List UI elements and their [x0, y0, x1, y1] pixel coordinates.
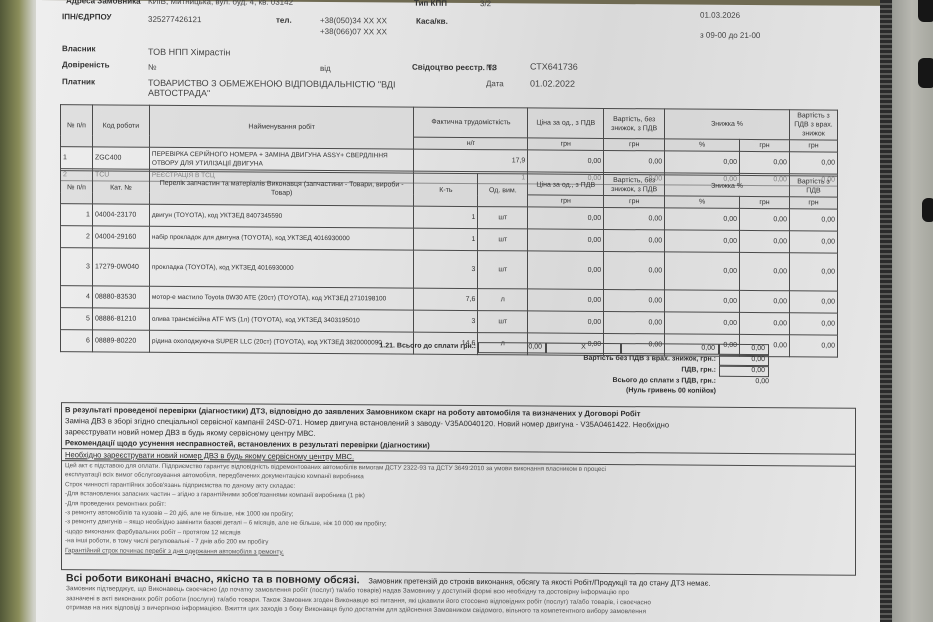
row-no: 3 — [61, 248, 93, 286]
col-cost: Вартість, без знижок, з ПДВ — [604, 108, 665, 138]
col-total-unit: грн — [789, 140, 837, 152]
row-cost: 0,00 — [604, 311, 665, 333]
row-unit: шт — [478, 207, 528, 229]
phone-1: +38(050)34 XX XX — [320, 16, 387, 26]
with-vat-value: 0,00 — [719, 378, 769, 385]
col-cost-unit: грн — [604, 138, 665, 150]
owner-label: Власник — [62, 44, 96, 54]
binder-edge — [880, 0, 933, 622]
row-qty: 3 — [414, 310, 478, 332]
row-code: 04004-29160 — [92, 226, 149, 248]
row-qty: 1 — [414, 228, 478, 250]
total-final: 0,00 — [719, 344, 769, 355]
row-code: 08886-81210 — [92, 308, 149, 330]
row-price: 0,00 — [528, 289, 604, 312]
col-total: Вартість з ПДВ — [789, 176, 837, 197]
row-discount-pct: 0,00 — [665, 208, 740, 231]
reg-date: 01.02.2022 — [530, 78, 575, 88]
phone-2: +38(066)07 XX XX — [320, 27, 387, 37]
parts-table: № п/п Кат. № Перелік запчастин та матері… — [60, 170, 838, 357]
row-discount-uah: 0,00 — [740, 252, 790, 290]
col-labor: Фактична трудомісткість — [414, 107, 528, 138]
row-name: мотор-е мастило Toyota 0W30 ATE (20ст) (… — [149, 286, 414, 310]
reg-cert-no: СТХ641736 — [530, 61, 578, 71]
binder-hole — [918, 58, 933, 88]
row-discount-pct: 0,00 — [665, 312, 740, 335]
col-price-unit: грн — [528, 195, 604, 208]
row-discount-pct: 0,00 — [665, 290, 740, 313]
row-labor: 17,9 — [414, 149, 528, 172]
row-price: 0,00 — [528, 150, 604, 173]
row-qty: 7,6 — [414, 288, 478, 310]
col-discount: Знижка % — [665, 109, 790, 140]
kasa-label: Каса/кв. — [416, 17, 448, 27]
col-code: Код роботи — [92, 105, 149, 147]
vat-label: ПДВ, грн.: — [516, 365, 716, 373]
col-discount: Знижка % — [665, 175, 790, 197]
col-qty: К-ть — [414, 173, 478, 206]
total-cost: 0,00 — [478, 342, 546, 353]
row-code: 08880-83530 — [92, 286, 149, 308]
row-cost: 0,00 — [604, 289, 665, 311]
row-unit: шт — [478, 311, 528, 333]
row-name: ПЕРЕВІРКА СЕРІЙНОГО НОМЕРА + ЗАМІНА ДВИГ… — [149, 147, 414, 171]
row-total: 0,00 — [789, 291, 837, 313]
amount-in-words: (Нуль гривень 00 копійок) — [466, 386, 716, 395]
payer-label: Платник — [62, 77, 95, 87]
row-cost: 0,00 — [604, 251, 665, 289]
binder-teeth — [880, 0, 892, 622]
row-total: 0,00 — [789, 209, 837, 231]
col-price: Ціна за од., з ПДВ — [528, 108, 604, 139]
total-label: 1.21. Всього до сплати грн.: — [336, 342, 476, 350]
power-of-attorney-from: від — [320, 64, 331, 74]
with-vat-label: Всього до сплати з ПДВ, грн.: — [466, 376, 716, 385]
row-no: 6 — [61, 330, 93, 352]
col-name: Перелік запчастин та матеріалів Виконавц… — [149, 171, 414, 206]
table-row: 317279-0W040прокладка (TOYOTA), код УКТЗ… — [61, 248, 838, 291]
row-price: 0,00 — [528, 207, 604, 230]
tax-id-value: 325277426121 — [148, 15, 201, 25]
row-cost: 0,00 — [604, 150, 665, 172]
power-of-attorney-label: Довіреність — [62, 60, 110, 70]
row-unit: шт — [478, 251, 528, 289]
row-discount-uah: 0,00 — [740, 230, 790, 252]
row-code: 08889-80220 — [92, 330, 149, 352]
row-discount-uah: 0,00 — [740, 208, 790, 230]
row-unit: л — [478, 289, 528, 311]
top-right-value: 3/2 — [480, 0, 491, 9]
footer: Всі роботи виконані вчасно, якісно та в … — [66, 572, 866, 618]
binder-hole — [922, 198, 933, 222]
col-name: Найменування робіт — [149, 105, 414, 149]
address-value: КИЇВ, Митницька, вул. буд. 4, кв. 03142 — [148, 0, 293, 8]
row-total: 0,00 — [789, 253, 837, 291]
top-right-label: Тип КПП — [414, 0, 447, 9]
diagnostics-notes: В результаті проведеної перевірки (діагн… — [61, 402, 856, 576]
row-name: двигун (TOYOTA), код УКТЗЕД 8407345590 — [149, 204, 414, 228]
reg-cert-label: Свідоцтво реєстр. ТЗ — [412, 63, 497, 74]
service-act-document: Адреса Замовника КИЇВ, Митницька, вул. б… — [36, 0, 886, 622]
date-value: 01.03.2026 — [700, 11, 740, 21]
col-discount-pct: % — [665, 196, 740, 209]
col-total: Вартість з ПДВ з врах. знижок — [789, 110, 837, 140]
no-vat-label: Вартість без ПДВ з врах. знижок, грн.: — [466, 354, 716, 363]
row-code: 17279-0W040 — [92, 248, 149, 286]
reg-date-label: Дата — [486, 79, 504, 89]
row-no: 2 — [61, 226, 93, 248]
power-of-attorney-no: № — [148, 63, 157, 73]
row-cost: 0,00 — [604, 207, 665, 229]
col-discount-uah: грн — [740, 139, 790, 151]
warranty-terms: Цей акт є підставою для оплати. Підприєм… — [65, 461, 852, 561]
row-no: 4 — [61, 286, 93, 308]
row-qty: 3 — [414, 250, 478, 288]
col-cost: Вартість, без знижок, з ПДВ — [604, 174, 665, 195]
row-price: 0,00 — [528, 311, 604, 334]
row-price: 0,00 — [528, 229, 604, 252]
row-discount-uah: 0,00 — [740, 151, 790, 173]
row-code: ZGC400 — [92, 147, 149, 169]
col-discount-uah: грн — [740, 196, 790, 208]
row-discount-pct: 0,00 — [665, 252, 740, 291]
col-discount-pct: % — [665, 139, 740, 152]
footer-body: Замовник підтверджує, що Виконавець своє… — [66, 584, 866, 618]
no-vat-value: 0,00 — [719, 355, 769, 366]
row-total: 0,00 — [789, 335, 837, 357]
col-total-unit: грн — [789, 197, 837, 209]
col-unit: Од. вим. — [478, 174, 528, 207]
row-discount-uah: 0,00 — [740, 312, 790, 334]
row-qty: 1 — [414, 206, 478, 228]
row-total: 0,00 — [789, 152, 837, 174]
row-no: 1 — [61, 204, 93, 226]
total-x: X — [546, 343, 621, 355]
row-discount-pct: 0,00 — [665, 151, 740, 174]
col-labor-unit: н/г — [414, 137, 528, 150]
vat-value: 0,00 — [719, 366, 769, 377]
row-unit: шт — [478, 229, 528, 251]
payer-value: ТОВАРИСТВО З ОБМЕЖЕНОЮ ВІДПОВІДАЛЬНІСТЮ … — [148, 78, 398, 100]
total-discount: 0,00 — [621, 343, 719, 355]
binder-hole — [918, 0, 933, 22]
col-no: № п/п — [61, 171, 93, 204]
phone-label: тел. — [276, 16, 292, 26]
row-total: 0,00 — [789, 231, 837, 253]
row-discount-pct: 0,00 — [665, 230, 740, 253]
owner-value: ТОВ НПП Хімрастін — [148, 47, 230, 58]
address-label: Адреса Замовника — [66, 0, 141, 7]
row-price: 0,00 — [528, 251, 604, 290]
row-total: 0,00 — [789, 313, 837, 335]
col-code: Кат. № — [92, 171, 149, 204]
row-no: 5 — [61, 308, 93, 330]
col-price-unit: грн — [528, 138, 604, 151]
col-cost-unit: грн — [604, 195, 665, 207]
tax-id-label: ІПН/ЄДРПОУ — [62, 12, 111, 22]
row-name: набір прокладок для двигуна (TOYOTA), ко… — [149, 226, 414, 250]
col-no: № п/п — [61, 105, 93, 147]
col-price: Ціна за од., з ПДВ — [528, 174, 604, 196]
row-name: прокладка (TOYOTA), код УКТЗЕД 401693000… — [149, 248, 414, 288]
reg-cert-no-label: № — [486, 63, 495, 73]
hours-value: з 09-00 до 21-00 — [700, 31, 760, 41]
row-cost: 0,00 — [604, 229, 665, 251]
row-name: олива трансмісійна ATF WS (1л) (TOYOTA),… — [149, 308, 414, 332]
row-no: 1 — [61, 147, 93, 169]
row-discount-uah: 0,00 — [740, 290, 790, 312]
row-code: 04004-23170 — [92, 204, 149, 226]
